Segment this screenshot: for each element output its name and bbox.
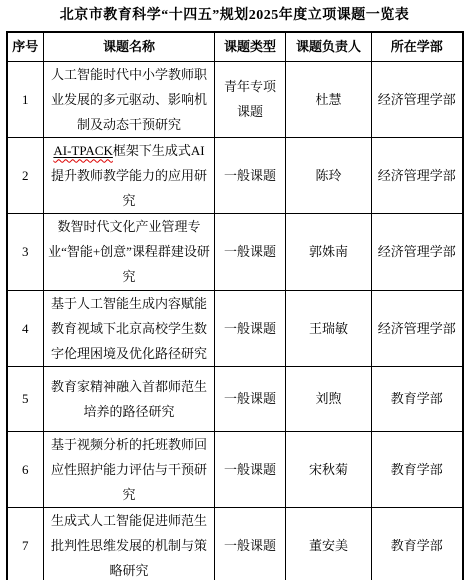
cell-leader: 宋秋菊 — [286, 431, 372, 507]
cell-title: 生成式人工智能促进师范生批判性思维发展的机制与策略研究 — [44, 507, 215, 580]
col-header-no: 序号 — [7, 32, 44, 61]
cell-type: 一般课题 — [215, 431, 286, 507]
cell-department: 教育学部 — [372, 507, 463, 580]
table-header-row: 序号 课题名称 课题类型 课题负责人 所在学部 — [7, 32, 463, 61]
table-row: 6基于视频分析的托班教师回应性照护能力评估与干预研究一般课题宋秋菊教育学部 — [7, 431, 463, 507]
page-title: 北京市教育科学“十四五”规划2025年度立项课题一览表 — [0, 4, 469, 24]
spellcheck-underline: AI-TPACK — [53, 143, 112, 158]
cell-department: 经济管理学部 — [372, 290, 463, 366]
cell-leader: 杜慧 — [286, 61, 372, 137]
cell-type: 一般课题 — [215, 366, 286, 431]
cell-no: 4 — [7, 290, 44, 366]
cell-no: 2 — [7, 137, 44, 213]
cell-department: 经济管理学部 — [372, 137, 463, 213]
document-page: 北京市教育科学“十四五”规划2025年度立项课题一览表 序号 课题名称 课题类型… — [0, 0, 469, 580]
cell-department: 教育学部 — [372, 366, 463, 431]
cell-no: 7 — [7, 507, 44, 580]
cell-type: 一般课题 — [215, 290, 286, 366]
cell-type: 青年专项课题 — [215, 61, 286, 137]
table-row: 2AI-TPACK框架下生成式AI提升教师教学能力的应用研究一般课题陈玲经济管理… — [7, 137, 463, 213]
cell-title: AI-TPACK框架下生成式AI提升教师教学能力的应用研究 — [44, 137, 215, 213]
projects-table-body: 1人工智能时代中小学教师职业发展的多元驱动、影响机制及动态干预研究青年专项课题杜… — [7, 61, 463, 580]
cell-title: 基于人工智能生成内容赋能教育视域下北京高校学生数字伦理困境及优化路径研究 — [44, 290, 215, 366]
projects-table: 序号 课题名称 课题类型 课题负责人 所在学部 1人工智能时代中小学教师职业发展… — [6, 31, 464, 580]
col-header-type: 课题类型 — [215, 32, 286, 61]
cell-no: 1 — [7, 61, 44, 137]
table-row: 3数智时代文化产业管理专业“智能+创意”课程群建设研究一般课题郭姝南经济管理学部 — [7, 213, 463, 290]
cell-title: 人工智能时代中小学教师职业发展的多元驱动、影响机制及动态干预研究 — [44, 61, 215, 137]
cell-no: 6 — [7, 431, 44, 507]
col-header-department: 所在学部 — [372, 32, 463, 61]
cell-no: 5 — [7, 366, 44, 431]
col-header-leader: 课题负责人 — [286, 32, 372, 61]
cell-department: 经济管理学部 — [372, 61, 463, 137]
cell-department: 教育学部 — [372, 431, 463, 507]
cell-type: 一般课题 — [215, 213, 286, 290]
cell-leader: 董安美 — [286, 507, 372, 580]
table-row: 4基于人工智能生成内容赋能教育视域下北京高校学生数字伦理困境及优化路径研究一般课… — [7, 290, 463, 366]
cell-leader: 郭姝南 — [286, 213, 372, 290]
cell-type: 一般课题 — [215, 507, 286, 580]
cell-title: 教育家精神融入首都师范生培养的路径研究 — [44, 366, 215, 431]
cell-title: 基于视频分析的托班教师回应性照护能力评估与干预研究 — [44, 431, 215, 507]
col-header-title: 课题名称 — [44, 32, 215, 61]
table-row: 5教育家精神融入首都师范生培养的路径研究一般课题刘煦教育学部 — [7, 366, 463, 431]
cell-department: 经济管理学部 — [372, 213, 463, 290]
cell-type: 一般课题 — [215, 137, 286, 213]
cell-leader: 王瑞敏 — [286, 290, 372, 366]
cell-leader: 刘煦 — [286, 366, 372, 431]
cell-no: 3 — [7, 213, 44, 290]
table-row: 7生成式人工智能促进师范生批判性思维发展的机制与策略研究一般课题董安美教育学部 — [7, 507, 463, 580]
cell-title: 数智时代文化产业管理专业“智能+创意”课程群建设研究 — [44, 213, 215, 290]
cell-leader: 陈玲 — [286, 137, 372, 213]
table-row: 1人工智能时代中小学教师职业发展的多元驱动、影响机制及动态干预研究青年专项课题杜… — [7, 61, 463, 137]
